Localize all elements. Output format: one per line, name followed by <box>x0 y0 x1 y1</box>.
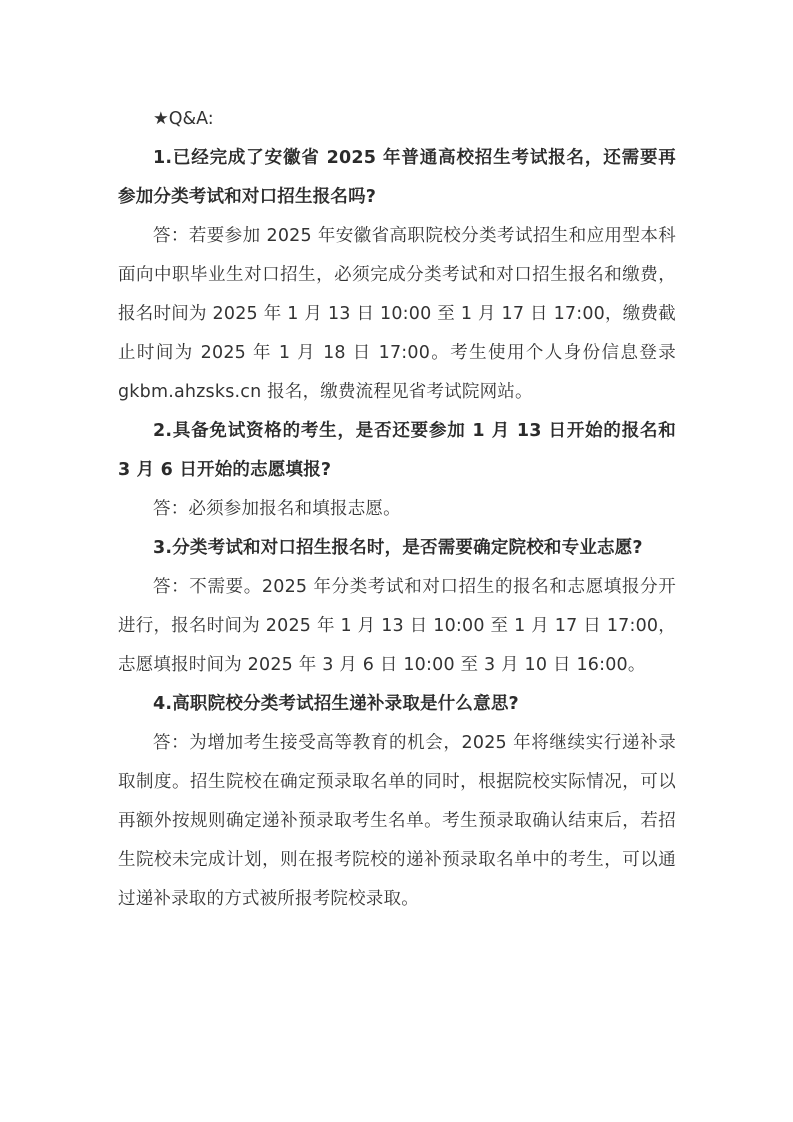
question-1: 1.已经完成了安徽省 2025 年普通高校招生考试报名，还需要再参加分类考试和对… <box>118 139 676 217</box>
answer-4: 答：为增加考生接受高等教育的机会，2025 年将继续实行递补录取制度。招生院校在… <box>118 724 676 919</box>
qa-heading: ★Q&A: <box>118 100 676 139</box>
answer-2: 答：必须参加报名和填报志愿。 <box>118 490 676 529</box>
question-4: 4.高职院校分类考试招生递补录取是什么意思? <box>118 685 676 724</box>
answer-1: 答：若要参加 2025 年安徽省高职院校分类考试招生和应用型本科面向中职毕业生对… <box>118 217 676 412</box>
document-page: ★Q&A: 1.已经完成了安徽省 2025 年普通高校招生考试报名，还需要再参加… <box>118 100 676 919</box>
question-3: 3.分类考试和对口招生报名时，是否需要确定院校和专业志愿? <box>118 529 676 568</box>
question-2: 2.具备免试资格的考生，是否还要参加 1 月 13 日开始的报名和 3 月 6 … <box>118 412 676 490</box>
answer-3: 答：不需要。2025 年分类考试和对口招生的报名和志愿填报分开进行，报名时间为 … <box>118 568 676 685</box>
